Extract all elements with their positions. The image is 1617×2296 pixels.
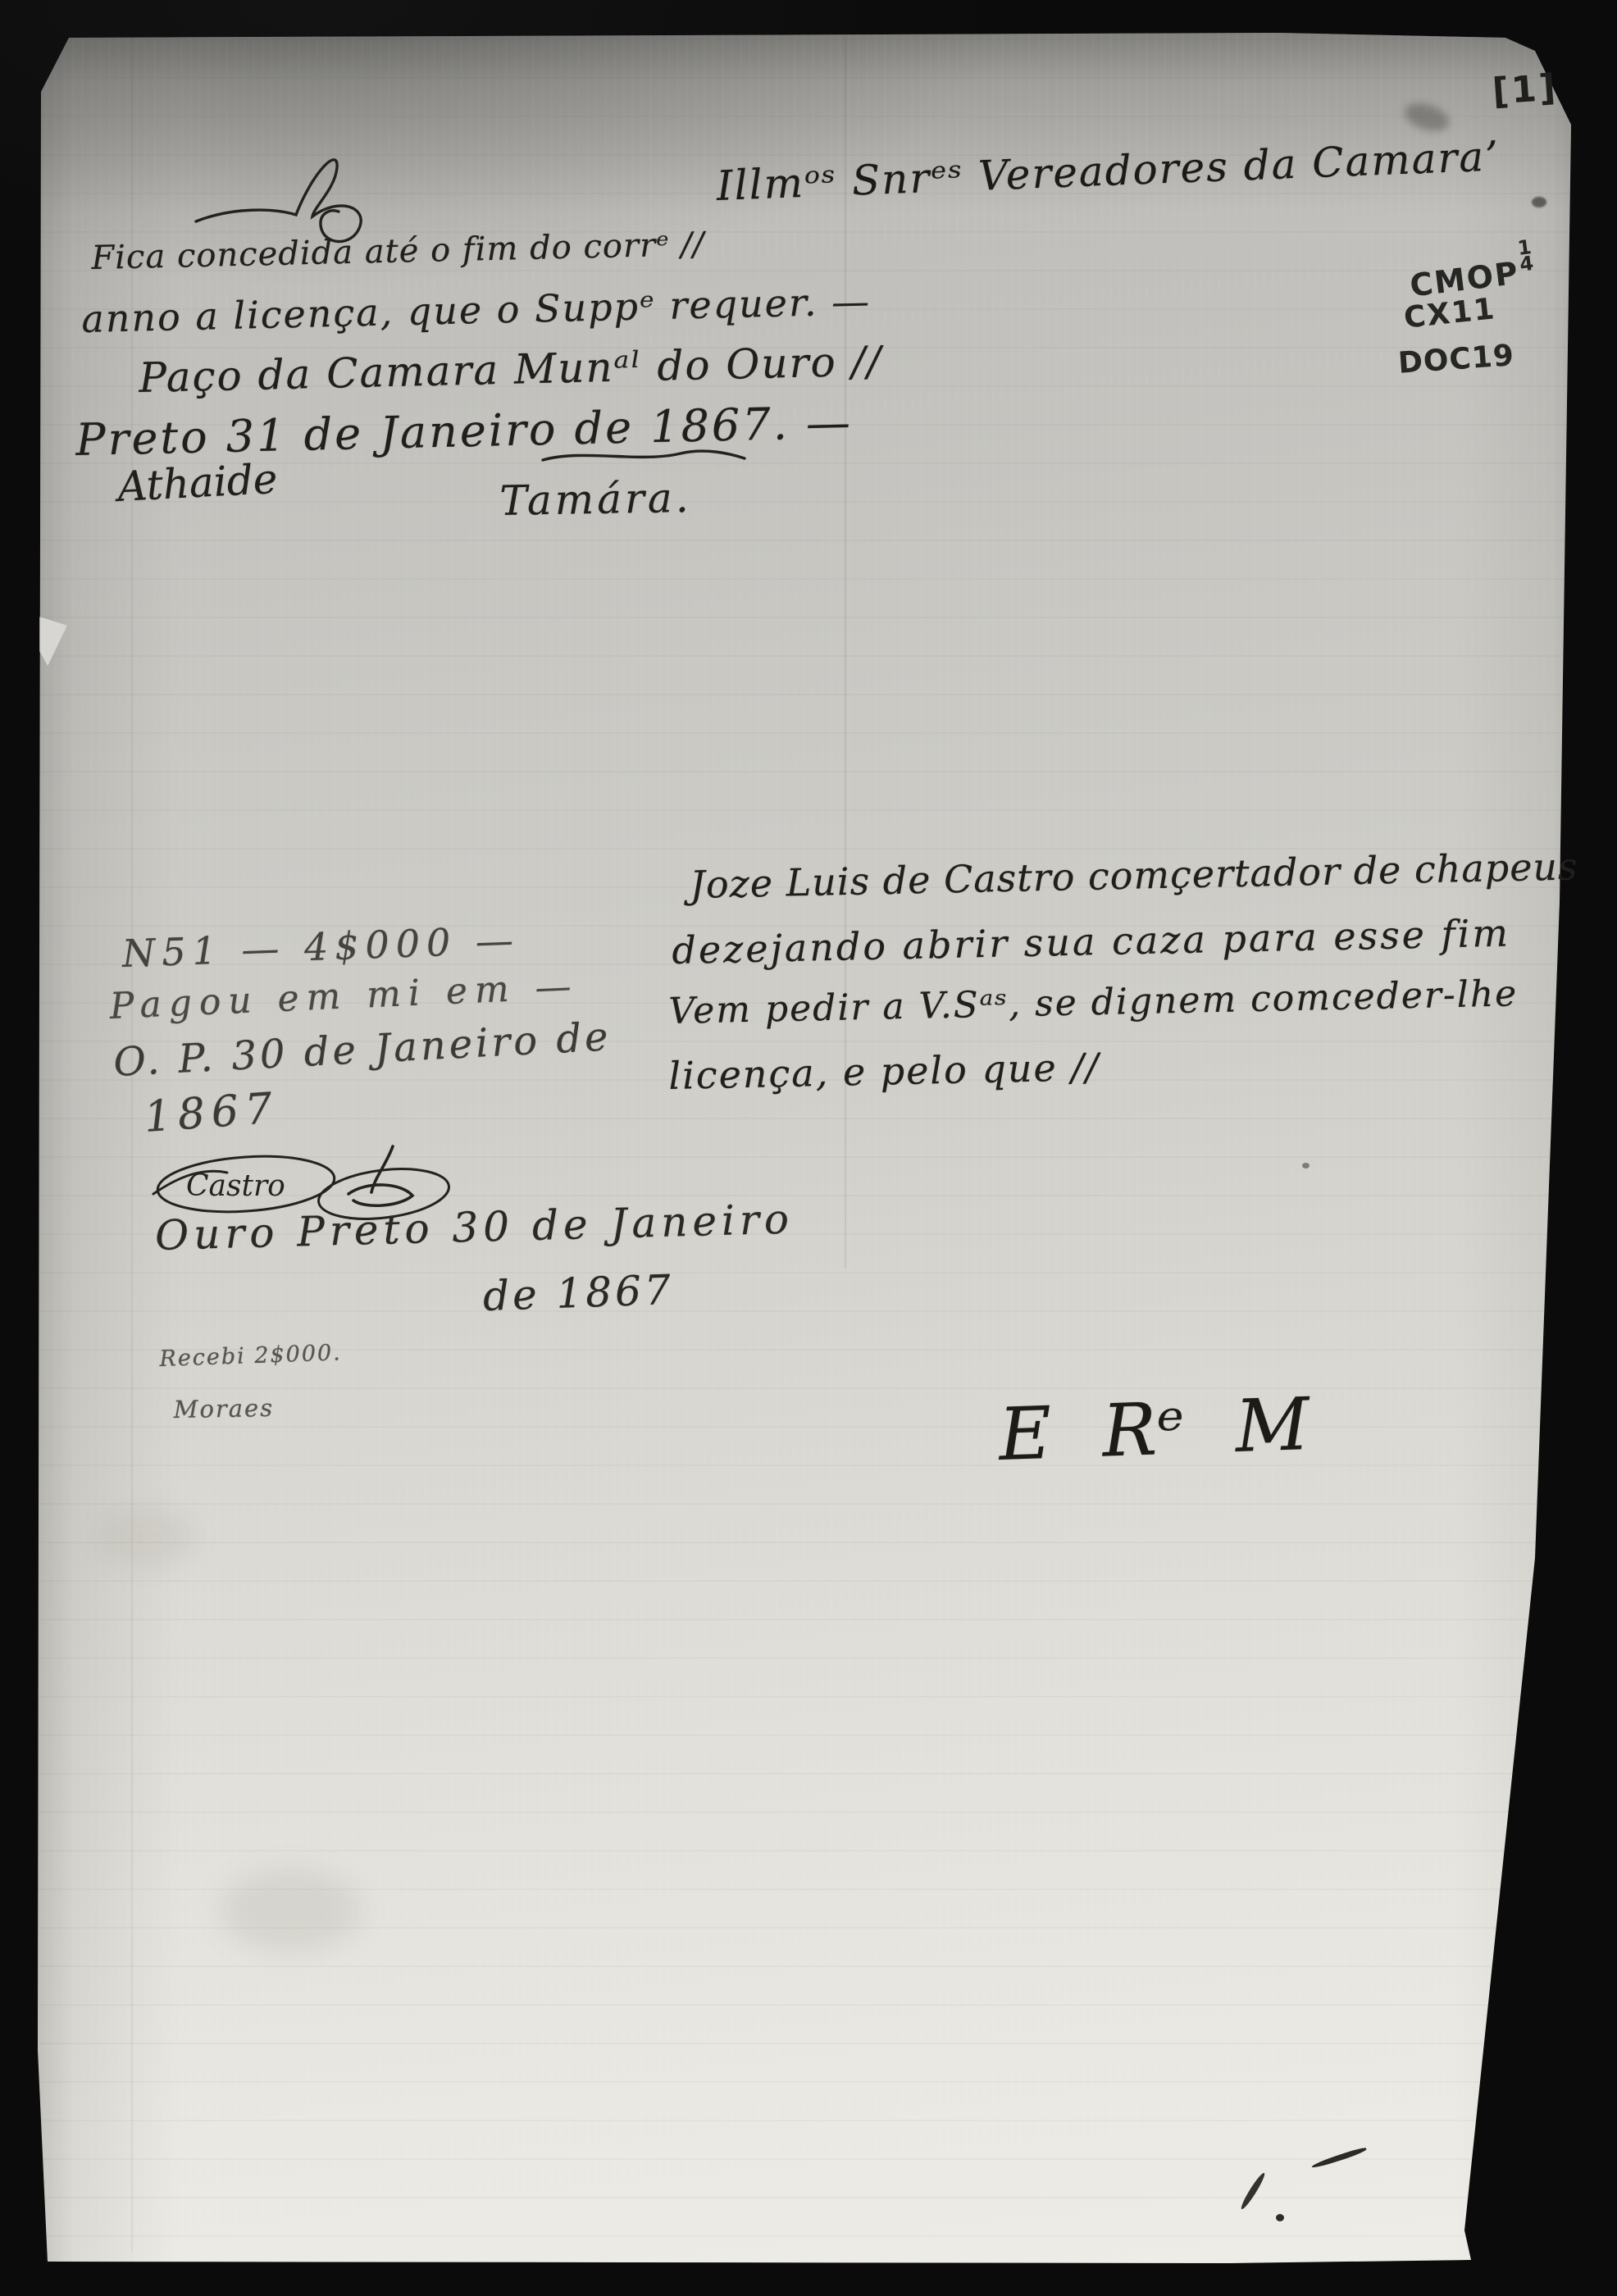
closing-formula-erm: E Rᵉ M <box>997 1382 1310 1477</box>
fee-note-line-4: 1867 <box>143 1084 280 1142</box>
left-margin-crease <box>131 38 133 2252</box>
receipt-note-signature: Moraes <box>173 1394 274 1424</box>
scanned-document-page: [1] CMOP14 CX11 DOC19 Illmᵒˢ Snrᵉˢ Verea… <box>0 0 1617 2296</box>
petition-line-4: licença, e pelo que // <box>668 1045 1100 1098</box>
date-underline-swash <box>541 447 746 467</box>
signature-castro-text: Castro <box>186 1169 285 1203</box>
place-date-line-2: de 1867 <box>482 1266 675 1320</box>
signature-tamara: Tamára. <box>499 474 692 525</box>
page-number-annotation: [1] <box>1491 66 1559 112</box>
signature-athaide: Athaide <box>116 455 279 511</box>
